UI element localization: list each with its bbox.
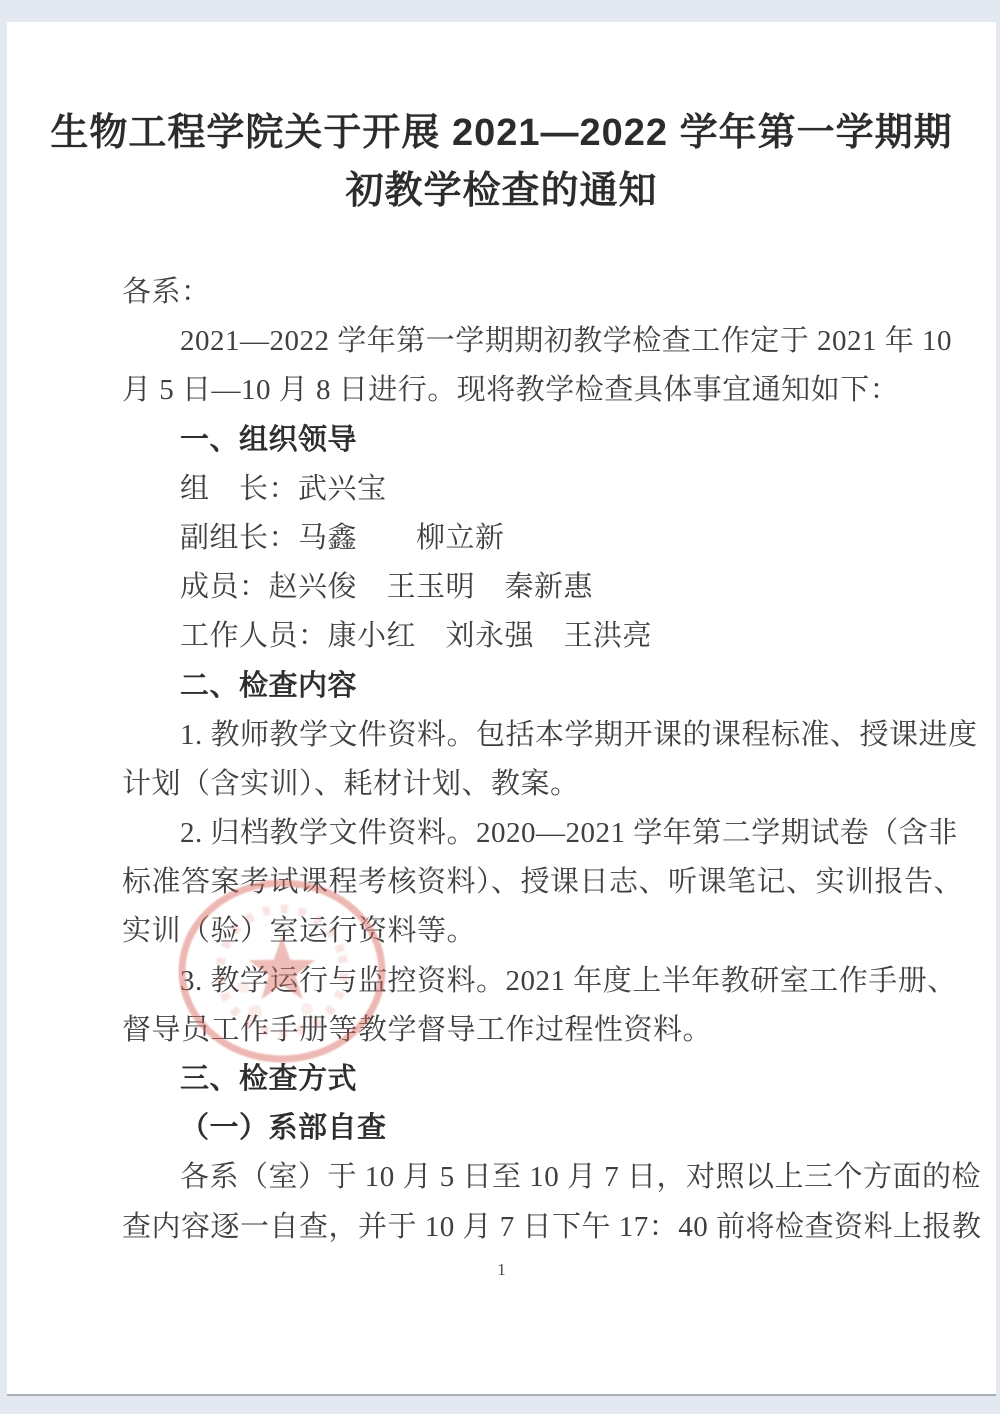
document-page: 生物工程学院关于开展 2021—2022 学年第一学期期 初教学检查的通知 各系… bbox=[7, 22, 996, 1396]
body-text-line: 各系： bbox=[122, 268, 922, 317]
section-heading: （一）系部自查 bbox=[122, 1104, 922, 1153]
section-heading: 二、检查内容 bbox=[122, 662, 922, 711]
body-text-line: 计划（含实训）、耗材计划、教案。 bbox=[122, 760, 922, 809]
body-text-line: 副组长：马鑫 柳立新 bbox=[122, 514, 922, 563]
body-text-line: 2021—2022 学年第一学期期初教学检查工作定于 2021 年 10 bbox=[122, 317, 922, 366]
body-text-line: 工作人员：康小红 刘永强 王洪亮 bbox=[122, 612, 922, 661]
body-text-line: 各系（室）于 10 月 5 日至 10 月 7 日，对照以上三个方面的检 bbox=[122, 1153, 922, 1202]
body-text-line: 月 5 日—10 月 8 日进行。现将教学检查具体事宜通知如下： bbox=[122, 366, 922, 415]
body-text-line: 标准答案考试课程考核资料）、授课日志、听课笔记、实训报告、 bbox=[122, 858, 922, 907]
document-title: 生物工程学院关于开展 2021—2022 学年第一学期期 初教学检查的通知 bbox=[7, 104, 996, 220]
body-text-line: 3. 教学运行与监控资料。2021 年度上半年教研室工作手册、 bbox=[122, 957, 922, 1006]
section-heading: 一、组织领导 bbox=[122, 416, 922, 465]
body-text-line: 成员：赵兴俊 王玉明 秦新惠 bbox=[122, 563, 922, 612]
body-text-line: 1. 教师教学文件资料。包括本学期开课的课程标准、授课进度 bbox=[122, 711, 922, 760]
title-line-1: 生物工程学院关于开展 2021—2022 学年第一学期期 bbox=[7, 104, 996, 162]
page-number: 1 bbox=[7, 1260, 996, 1280]
body-text-line: 2. 归档教学文件资料。2020—2021 学年第二学期试卷（含非 bbox=[122, 809, 922, 858]
title-line-2: 初教学检查的通知 bbox=[7, 162, 996, 220]
body-text-line: 实训（验）室运行资料等。 bbox=[122, 907, 922, 956]
body-text-line: 组 长：武兴宝 bbox=[122, 465, 922, 514]
section-heading: 三、检查方式 bbox=[122, 1055, 922, 1104]
document-body: 各系：2021—2022 学年第一学期期初教学检查工作定于 2021 年 10月… bbox=[122, 268, 922, 1252]
body-text-line: 督导员工作手册等教学督导工作过程性资料。 bbox=[122, 1006, 922, 1055]
body-text-line: 查内容逐一自查，并于 10 月 7 日下午 17：40 前将检查资料上报教 bbox=[122, 1203, 922, 1252]
